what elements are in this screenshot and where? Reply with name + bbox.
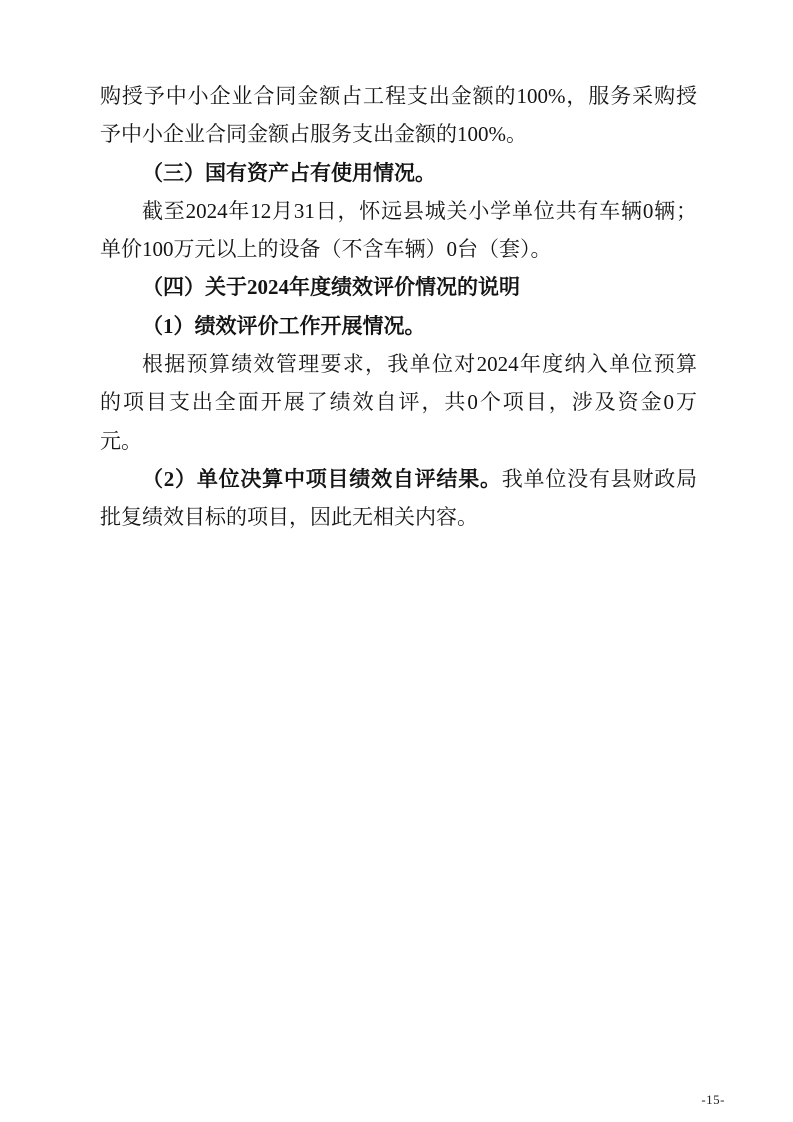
heading-item-one: （1）绩效评价工作开展情况。 [100, 307, 697, 345]
paragraph-assets-line-1: 截至2024年12月31日，怀远县城关小学单位共有车辆0辆； [100, 192, 697, 230]
heading-section-three: （三）国有资产占有使用情况。 [100, 154, 697, 192]
paragraph-self-evaluation-line-1: 根据预算绩效管理要求，我单位对2024年度纳入单位预算 [100, 345, 697, 383]
document-page: 购授予中小企业合同金额占工程支出金额的100%，服务采购授 予中小企业合同金额占… [0, 0, 793, 1122]
paragraph-item-two-bold-leadin: （2）单位决算中项目绩效自评结果。 [142, 467, 502, 491]
paragraph-self-evaluation-line-3: 元。 [100, 422, 697, 460]
paragraph-item-two-line-2: 批复绩效目标的项目，因此无相关内容。 [100, 498, 697, 536]
paragraph-item-two-regular-text: 我单位没有县财政局 [502, 467, 697, 491]
paragraph-item-two-line-1: （2）单位决算中项目绩效自评结果。我单位没有县财政局 [100, 460, 697, 498]
document-body: 购授予中小企业合同金额占工程支出金额的100%，服务采购授 予中小企业合同金额占… [100, 77, 697, 537]
paragraph-self-evaluation-line-2: 的项目支出全面开展了绩效自评，共0个项目，涉及资金0万 [100, 383, 697, 421]
paragraph-assets-line-2: 单价100万元以上的设备（不含车辆）0台（套）。 [100, 230, 697, 268]
heading-section-four: （四）关于2024年度绩效评价情况的说明 [100, 268, 697, 306]
paragraph-procurement-line-2: 予中小企业合同金额占服务支出金额的100%。 [100, 115, 697, 153]
page-number: -15- [701, 1092, 725, 1108]
paragraph-procurement-line-1: 购授予中小企业合同金额占工程支出金额的100%，服务采购授 [100, 77, 697, 115]
